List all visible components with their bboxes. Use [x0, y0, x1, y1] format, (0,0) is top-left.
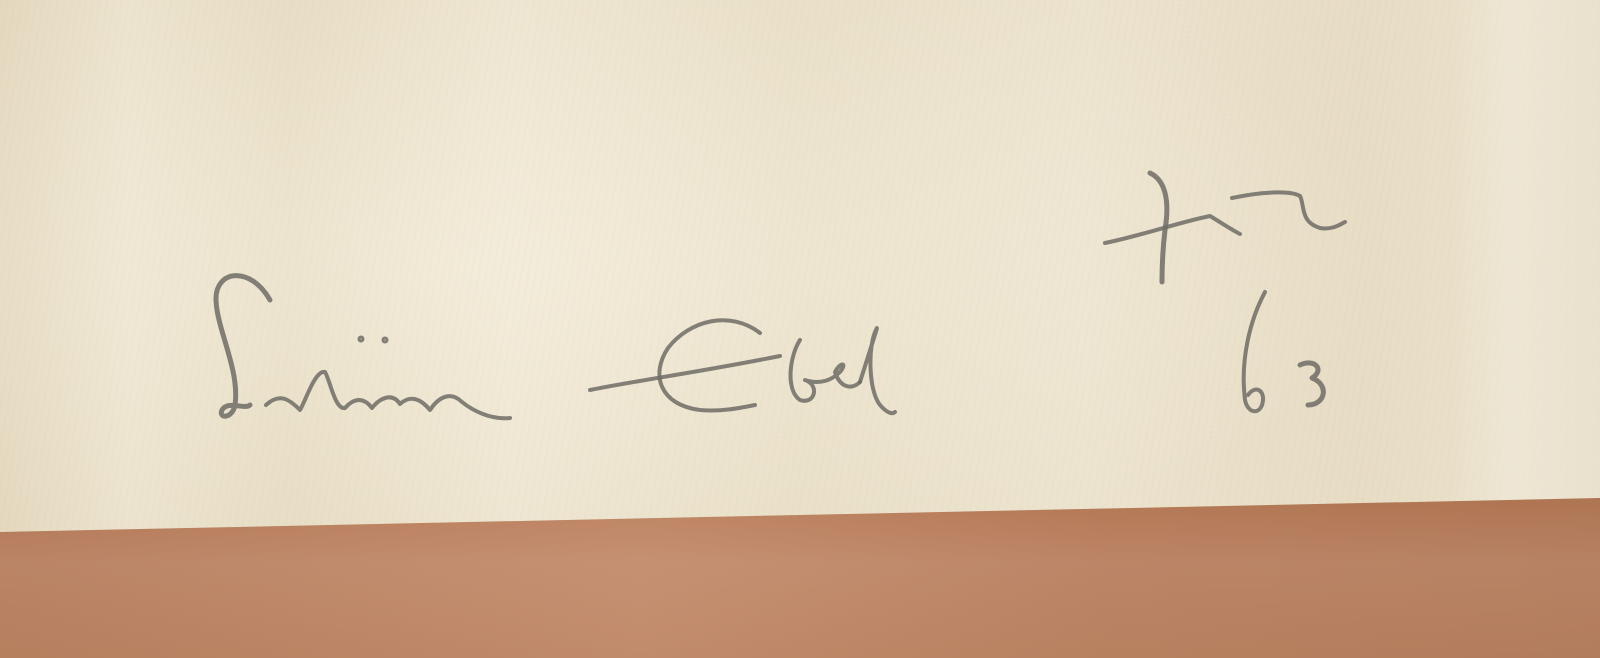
handwriting-last-name [590, 320, 895, 413]
pencil-inscriptions [0, 0, 1600, 658]
handwriting-month [1105, 173, 1345, 282]
handwriting-first-name [216, 276, 510, 419]
photograph: Sabine Ebel Juli 63 [0, 0, 1600, 658]
handwriting-year [1244, 292, 1324, 411]
